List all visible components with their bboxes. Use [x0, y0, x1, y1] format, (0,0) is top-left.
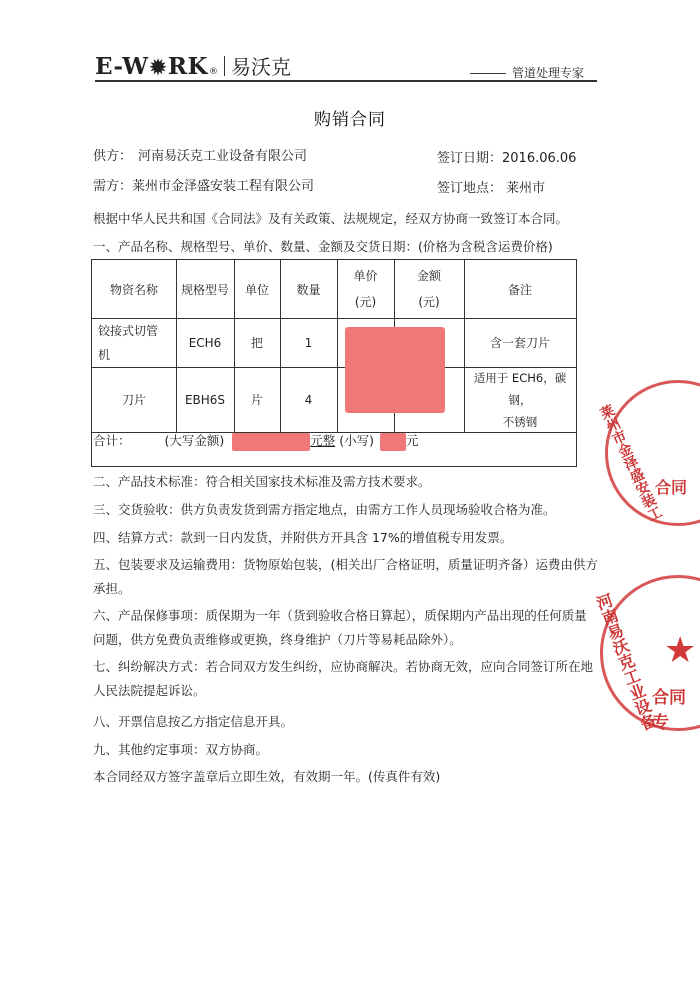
- buyer-line: 需方：莱州市金泽盛安装工程有限公司: [93, 175, 314, 194]
- header-amount-label: 金额: [417, 263, 441, 289]
- row-2-qty: 4: [280, 367, 337, 432]
- clause-6: 六、产品保修事项：质保期为一年（货到验收合格日算起），质保期内产品出现的任何质量…: [93, 604, 598, 652]
- header-name: 物资名称: [92, 260, 176, 318]
- clause-8: 八、开票信息按乙方指定信息开具。: [93, 712, 293, 730]
- supplier-label: 供方：: [93, 149, 132, 164]
- row-2-model: EBH6S: [176, 367, 234, 432]
- row-1-model: ECH6: [176, 318, 234, 367]
- sign-date-line: 签订日期：2016.06.06: [437, 147, 576, 166]
- redacted-price-amount: [345, 327, 445, 413]
- header-qty: 数量: [280, 260, 337, 318]
- header-price: 单价 (元): [337, 260, 394, 318]
- total-upper-suffix: 元整: [310, 433, 335, 448]
- row-1-qty: 1: [280, 318, 337, 367]
- document-title: 购销合同: [0, 105, 700, 130]
- clause-3: 三、交货验收：供方负责发货到需方指定地点，由需方工作人员现场验收合格为准。: [93, 500, 556, 518]
- row-2-name: 刀片: [92, 367, 176, 432]
- logo-text-a: E-W: [95, 53, 149, 80]
- contract-page: E-W✹RK ® 易沃克 管道处理专家 购销合同 供方：河南易沃克工业设备有限公…: [0, 0, 700, 990]
- row-1-unit: 把: [234, 318, 280, 367]
- total-label: 合计：: [93, 433, 131, 448]
- row-2-remark: 适用于 ECH6，碳钢， 不锈钢: [464, 367, 576, 432]
- logo-chinese-name: 易沃克: [231, 51, 291, 80]
- header-rule: [95, 80, 597, 82]
- header-amount: 金额 (元): [394, 260, 464, 318]
- redacted-total-lower: [380, 433, 406, 451]
- supplier-seal-subtext: 合同专: [652, 683, 700, 733]
- sign-date: 2016.06.06: [502, 151, 576, 166]
- clause-9: 九、其他约定事项：双方协商。: [93, 740, 268, 758]
- intro-paragraph: 根据中华人民共和国《合同法》及有关政策、法规规定，经双方协商一致签订本合同。: [93, 209, 568, 227]
- buyer-seal-subtext: 合同: [655, 475, 687, 498]
- section-1-heading: 一、产品名称、规格型号、单价、数量、金额及交货日期：(价格为含税含运费价格): [93, 237, 553, 255]
- clause-4: 四、结算方式：款到一日内发货，并附供方开具含 17%的增值税专用发票。: [93, 528, 512, 546]
- header-price-unit: (元): [355, 289, 376, 315]
- header-unit: 单位: [234, 260, 280, 318]
- logo-wordmark: E-W✹RK: [95, 53, 208, 80]
- header-model: 规格型号: [176, 260, 234, 318]
- gear-icon: ✹: [150, 55, 167, 79]
- row-2-remark-line-a: 适用于 ECH6，碳钢，: [464, 367, 576, 411]
- slogan: 管道处理专家: [470, 64, 584, 81]
- total-lower-label: (小写): [339, 433, 374, 448]
- row-1-name: 铰接式切管 机: [98, 318, 176, 367]
- redacted-total-upper: [232, 433, 310, 451]
- clause-5: 五、包装要求及运输费用：货物原始包装，(相关出厂合格证明，质量证明齐备）运费由供…: [93, 553, 598, 601]
- logo-text-b: RK: [168, 53, 208, 80]
- total-lower-suffix: 元: [406, 433, 419, 448]
- total-upper-label: (大写金额): [165, 433, 225, 448]
- sign-place-line: 签订地点：莱州市: [437, 177, 545, 196]
- row-2-remark-line-b: 不锈钢: [503, 411, 538, 433]
- sign-place-label: 签订地点：: [437, 181, 502, 196]
- sign-place: 莱州市: [506, 181, 545, 196]
- logo-divider: [224, 56, 225, 76]
- registered-icon: ®: [209, 67, 218, 77]
- slogan-dash: [470, 73, 506, 74]
- row-1-name-line-b: 机: [98, 343, 110, 367]
- row-1-remark: 含一套刀片: [464, 318, 576, 367]
- buyer-label: 需方：: [93, 179, 132, 194]
- slogan-text: 管道处理专家: [512, 66, 584, 80]
- clause-2: 二、产品技术标准：符合相关国家技术标准及需方技术要求。: [93, 472, 431, 490]
- company-logo: E-W✹RK ® 易沃克: [95, 51, 291, 80]
- sign-date-label: 签订日期：: [437, 151, 502, 166]
- header-remark: 备注: [464, 260, 576, 318]
- header-price-label: 单价: [353, 263, 377, 289]
- row-1-name-line-a: 铰接式切管: [98, 319, 158, 343]
- total-row: 合计： (大写金额) 元整 (小写) 元: [93, 431, 419, 451]
- supplier-name: 河南易沃克工业设备有限公司: [138, 149, 307, 164]
- clause-7: 七、纠纷解决方式：若合同双方发生纠纷，应协商解决。若协商无效，应向合同签订所在地…: [93, 655, 598, 703]
- buyer-name: 莱州市金泽盛安装工程有限公司: [132, 179, 314, 194]
- header-amount-unit: (元): [418, 289, 439, 315]
- validity-clause: 本合同经双方签字盖章后立即生效，有效期一年。(传真件有效): [93, 767, 440, 785]
- supplier-line: 供方：河南易沃克工业设备有限公司: [93, 145, 307, 164]
- star-icon: ★: [664, 630, 696, 671]
- row-2-unit: 片: [234, 367, 280, 432]
